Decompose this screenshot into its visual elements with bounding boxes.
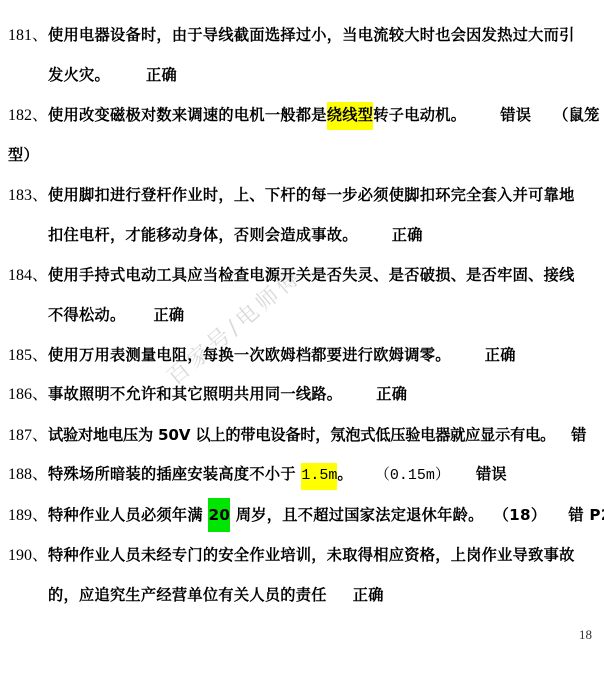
item-184-line1: 184、使用手持式电动工具应当检查电源开关是否失灵、是否破损、是否牢固、接线 xyxy=(8,265,575,286)
item-text: 试验对地电压为 50V 以上的带电设备时，氖泡式低压验电器就应显示有电。 xyxy=(48,426,555,444)
item-text: 周岁，且不超过国家法定退休年龄。 xyxy=(230,506,483,524)
item-number: 190、 xyxy=(8,547,48,564)
page-number: 18 xyxy=(579,627,592,643)
item-number: 182、 xyxy=(8,107,48,124)
item-181-line2: 发火灾。正确 xyxy=(48,65,177,85)
item-186: 186、事故照明不允许和其它照明共用同一线路。正确 xyxy=(8,384,407,405)
item-text: 不得松动。 xyxy=(48,306,125,324)
answer-label: 错误 xyxy=(500,106,531,124)
item-181-line1: 181、使用电器设备时，由于导线截面选择过小，当电流较大时也会因发热过大而引 xyxy=(8,25,575,46)
item-text: 的，应追究生产经营单位有关人员的责任 xyxy=(48,586,327,604)
item-text: 使用脚扣进行登杆作业时，上、下杆的每一步必须使脚扣环完全套入并可靠地 xyxy=(48,186,575,204)
item-189: 189、特种作业人员必须年满 20 周岁，且不超过国家法定退休年龄。（18）错 … xyxy=(8,505,604,526)
item-183-line2: 扣住电杆，才能移动身体，否则会造成事故。正确 xyxy=(48,225,423,245)
item-text: 特种作业人员未经专门的安全作业培训，未取得相应资格，上岗作业导致事故 xyxy=(48,546,575,564)
answer-note: （18） xyxy=(494,506,547,524)
item-number: 187、 xyxy=(8,427,48,444)
answer-label: 错误 xyxy=(476,465,507,483)
answer-label: 错 P2 xyxy=(568,506,604,524)
item-text: 特殊场所暗装的插座安装高度不小于 xyxy=(48,465,301,483)
item-188: 188、特殊场所暗装的插座安装高度不小于 1.5m。（0.15m）错误 xyxy=(8,464,507,486)
item-text: 特种作业人员必须年满 xyxy=(48,506,208,524)
item-text: 。 xyxy=(337,465,353,483)
answer-label: 正确 xyxy=(485,346,516,364)
item-text: 使用手持式电动工具应当检查电源开关是否失灵、是否破损、是否牢固、接线 xyxy=(48,266,575,284)
answer-label: 正确 xyxy=(146,66,177,84)
item-184-line2: 不得松动。正确 xyxy=(48,305,184,325)
answer-label: 错 xyxy=(571,426,586,444)
item-text: 使用改变磁极对数来调速的电机一般都是 xyxy=(48,106,327,124)
item-185: 185、使用万用表测量电阻，每换一次欧姆档都要进行欧姆调零。正确 xyxy=(8,345,516,366)
item-number: 185、 xyxy=(8,347,48,364)
answer-label: 正确 xyxy=(153,306,184,324)
item-number: 184、 xyxy=(8,267,48,284)
item-text: 发火灾。 xyxy=(48,66,110,84)
item-187: 187、试验对地电压为 50V 以上的带电设备时，氖泡式低压验电器就应显示有电。… xyxy=(8,425,586,446)
item-190-line1: 190、特种作业人员未经专门的安全作业培训，未取得相应资格，上岗作业导致事故 xyxy=(8,545,575,566)
answer-label: 正确 xyxy=(353,586,384,604)
answer-label: 正确 xyxy=(376,385,407,403)
answer-note: 型） xyxy=(8,146,39,164)
item-number: 188、 xyxy=(8,466,48,483)
highlighted-value: 20 xyxy=(208,498,230,532)
highlighted-term: 绕线型 xyxy=(327,102,373,130)
item-text: 转子电动机。 xyxy=(373,106,466,124)
item-number: 186、 xyxy=(8,386,48,403)
item-text: 使用万用表测量电阻，每换一次欧姆档都要进行欧姆调零。 xyxy=(48,346,451,364)
answer-note: （0.15m） xyxy=(375,467,450,484)
answer-label: 正确 xyxy=(392,226,423,244)
item-text: 扣住电杆，才能移动身体，否则会造成事故。 xyxy=(48,226,358,244)
item-text: 事故照明不允许和其它照明共用同一线路。 xyxy=(48,385,342,403)
item-number: 189、 xyxy=(8,507,48,524)
highlighted-value: 1.5m xyxy=(301,463,337,490)
item-text: 使用电器设备时，由于导线截面选择过小，当电流较大时也会因发热过大而引 xyxy=(48,26,575,44)
item-182-line2: 型） xyxy=(8,145,39,165)
item-183-line1: 183、使用脚扣进行登杆作业时，上、下杆的每一步必须使脚扣环完全套入并可靠地 xyxy=(8,185,575,206)
item-number: 181、 xyxy=(8,27,48,44)
item-number: 183、 xyxy=(8,187,48,204)
answer-note: （鼠笼 xyxy=(553,106,599,124)
item-182-line1: 182、使用改变磁极对数来调速的电机一般都是绕线型转子电动机。错误（鼠笼 xyxy=(8,105,600,126)
item-190-line2: 的，应追究生产经营单位有关人员的责任正确 xyxy=(48,585,384,605)
